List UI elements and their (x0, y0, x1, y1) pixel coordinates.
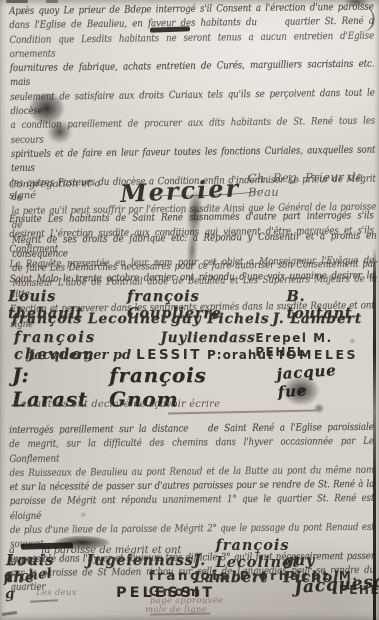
signature-title: Ch. Reg. Prieur de Beau (248, 169, 375, 202)
signature-name: françois Lecolinet (12, 311, 168, 327)
signature-row: Jacquerger pd LESSIT P:orahut IOMELES (28, 347, 358, 363)
manuscript-line: a condition pareillement de procurer aux… (10, 115, 375, 148)
signature-name: LESSIT (136, 347, 202, 363)
manuscript-line: fournitures de fabrique, achats entretie… (10, 58, 375, 91)
marginal-mark (2, 611, 17, 616)
signature-mercier: Mercier (119, 176, 240, 206)
marginal-note: male de ligne (145, 605, 207, 615)
signature-row: françois Lecolinet guy Pichels J. Lamber… (12, 311, 362, 327)
signature-name: Juyliendass (160, 330, 255, 346)
signature-name: Jacquerger pd (28, 348, 131, 363)
corner-mark (46, 0, 58, 3)
manuscript-page: Après quoy Le prieur de Bdepe interrogé … (0, 0, 379, 620)
manuscript-line: desirent L'érection susdite aux conditio… (9, 223, 374, 257)
closing-phrase: Congregation et a signé (9, 178, 112, 205)
illiterate-note: Les autres ont declaré ne sçavoir écrire (14, 399, 220, 410)
closing-row-1: Congregation et a signé Mercier Ch. Reg.… (9, 169, 375, 205)
manuscript-line: de megrit, sur la difficulté des chemins… (9, 435, 374, 467)
signature-name: J. Lambert (272, 311, 362, 327)
marginal-note: Les deux (36, 588, 77, 598)
signature-name: jacque fue (275, 359, 369, 401)
manuscript-line: Condition que Lesdits habitants ne seron… (9, 29, 374, 62)
corner-mark (6, 0, 28, 3)
signature-name: guy Pichels (171, 311, 269, 327)
manuscript-line: paroisse de Mégrit ont répondu unanimeme… (10, 492, 375, 524)
signature-name: P:orahut (207, 348, 274, 362)
signature-name: Jugeiennass (86, 552, 193, 569)
manuscript-line: seulement de satisfaire aux droits Curia… (10, 86, 375, 119)
